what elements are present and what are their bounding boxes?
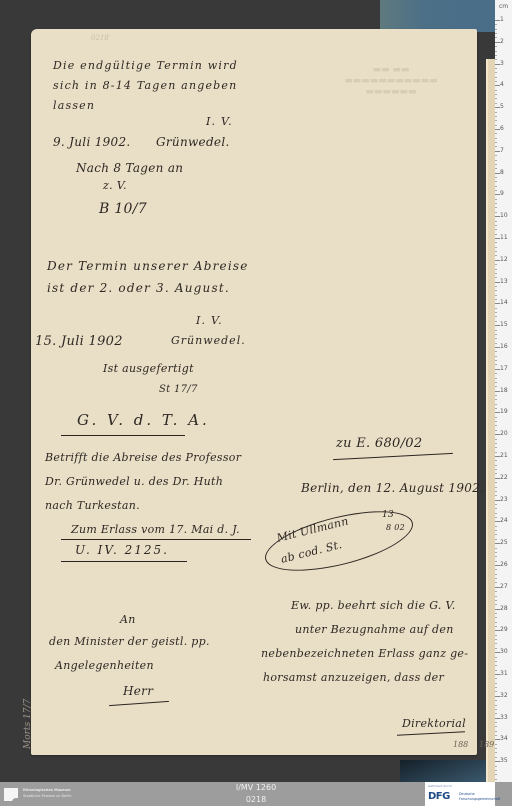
reference-line: Zum Erlass vom 17. Mai d. J. — [71, 523, 240, 536]
ruler-minor-tick — [495, 495, 497, 496]
ruler-minor-tick — [495, 190, 497, 191]
ruler-minor-tick — [495, 766, 497, 767]
dfg-line2: Forschungsgemeinschaft — [459, 797, 500, 801]
cm-ruler: cm 1234567891011121314151617181920212223… — [495, 0, 512, 782]
ruler-minor-tick — [495, 473, 497, 474]
binder-cover-top — [380, 0, 495, 32]
ruler-minor-tick — [495, 417, 497, 418]
ruler-label: 35 — [500, 757, 508, 764]
ruler-minor-tick — [495, 90, 497, 91]
ruler-minor-tick — [495, 439, 497, 440]
ruler-minor-tick — [495, 212, 497, 213]
ruler-label: 19 — [500, 408, 508, 415]
ruler-label: 13 — [500, 278, 508, 285]
ruler-minor-tick — [495, 255, 497, 256]
ruler-minor-tick — [495, 578, 497, 579]
ruler-minor-tick — [495, 46, 497, 47]
ruler-minor-tick — [495, 752, 497, 753]
ruler-minor-tick — [495, 530, 497, 531]
ruler-label: 21 — [500, 452, 508, 459]
block1-line: sich in 8-14 Tagen angeben — [53, 79, 237, 92]
signature-flourish — [109, 701, 169, 707]
body-line: nebenbezeichneten Erlass ganz ge- — [261, 647, 468, 660]
ruler-minor-tick — [495, 386, 497, 387]
ruler-minor-tick — [495, 133, 497, 134]
block1-iv: I. V. — [206, 115, 233, 128]
ruler-label: 23 — [500, 496, 508, 503]
ruler-minor-tick — [495, 112, 497, 113]
ruler-minor-tick — [495, 687, 497, 688]
ruler-minor-tick — [495, 757, 497, 758]
ruler-minor-tick — [495, 709, 497, 710]
ruler-minor-tick — [495, 648, 497, 649]
ruler-minor-tick — [495, 770, 497, 771]
note2-initials: St 17/7 — [159, 384, 198, 395]
ruler-minor-tick — [495, 72, 497, 73]
viewer-footer: Ethnologisches Museum Staatliche Museen … — [0, 782, 512, 806]
ruler-minor-tick — [495, 678, 497, 679]
document-page: ▬▬ ▬▬▬▬▬▬▬▬▬▬▬▬▬▬▬▬▬▬▬ 0218 Die endgülti… — [31, 29, 477, 755]
ruler-label: 26 — [500, 561, 508, 568]
address-to: An — [120, 613, 136, 626]
ruler-label: 25 — [500, 539, 508, 546]
note2-text: Ist ausgefertigt — [103, 362, 194, 375]
ruler-minor-tick — [495, 779, 497, 780]
ruler-unit: cm — [499, 3, 508, 10]
subject-line: nach Turkestan. — [45, 499, 140, 512]
block2-line: ist der 2. oder 3. August. — [47, 281, 230, 295]
ruler-minor-tick — [495, 722, 497, 723]
ruler-minor-tick — [495, 613, 497, 614]
ruler-minor-tick — [495, 221, 497, 222]
binder-cover-bottom — [400, 760, 495, 782]
ruler-minor-tick — [495, 665, 497, 666]
funded-by: Gefördert durch — [428, 784, 452, 788]
ruler-minor-tick — [495, 735, 497, 736]
ruler-minor-tick — [495, 234, 497, 235]
ruler-minor-tick — [495, 334, 497, 335]
ruler-minor-tick — [495, 447, 497, 448]
ruler-minor-tick — [495, 596, 497, 597]
left-heading: G. V. d. T. A. — [77, 411, 210, 429]
reference-number-underline — [61, 561, 187, 562]
ruler-label: 20 — [500, 430, 508, 437]
recipient-line: den Minister der geistl. pp. — [49, 635, 210, 648]
dfg-logo-icon: DFG — [428, 791, 450, 802]
block2-iv: I. V. — [196, 314, 223, 327]
ruler-minor-tick — [495, 600, 497, 601]
body-line: Ew. pp. beehrt sich die G. V. — [291, 599, 456, 612]
ruler-minor-tick — [495, 399, 497, 400]
page-number-left: 188 — [453, 740, 468, 749]
ruler-minor-tick — [495, 408, 497, 409]
ruler-minor-tick — [495, 330, 497, 331]
ruler-minor-tick — [495, 29, 497, 30]
ruler-label: 1 — [500, 16, 504, 23]
ruler-minor-tick — [495, 59, 497, 60]
ruler-minor-tick — [495, 312, 497, 313]
ruler-minor-tick — [495, 277, 497, 278]
ruler-minor-tick — [495, 683, 497, 684]
ruler-minor-tick — [495, 639, 497, 640]
ruler-label: 3 — [500, 60, 504, 67]
ruler-minor-tick — [495, 487, 497, 488]
ruler-minor-tick — [495, 295, 497, 296]
block1-date: 9. Juli 1902. — [53, 135, 131, 149]
ruler-label: 14 — [500, 299, 508, 306]
ruler-minor-tick — [495, 33, 497, 34]
ruler-minor-tick — [495, 582, 497, 583]
body-line: unter Bezugnahme auf den — [295, 623, 454, 636]
ruler-label: 5 — [500, 103, 504, 110]
ruler-label: 24 — [500, 517, 508, 524]
ruler-minor-tick — [495, 203, 497, 204]
note1-initials: B 10/7 — [99, 201, 147, 217]
ruler-minor-tick — [495, 508, 497, 509]
note1-line: Nach 8 Tagen an — [76, 161, 183, 175]
ruler-minor-tick — [495, 482, 497, 483]
ruler-minor-tick — [495, 316, 497, 317]
ruler-minor-tick — [495, 404, 497, 405]
dfg-line1: Deutsche — [459, 792, 475, 796]
ruler-label: 30 — [500, 648, 508, 655]
ruler-minor-tick — [495, 548, 497, 549]
ruler-minor-tick — [495, 247, 497, 248]
ruler-minor-tick — [495, 534, 497, 535]
block1-signature: Grünwedel. — [156, 135, 230, 149]
ruler-minor-tick — [495, 299, 497, 300]
ruler-minor-tick — [495, 700, 497, 701]
ruler-minor-tick — [495, 138, 497, 139]
ruler-label: 32 — [500, 692, 508, 699]
ruler-minor-tick — [495, 731, 497, 732]
ruler-minor-tick — [495, 186, 497, 187]
ruler-minor-tick — [495, 116, 497, 117]
ruler-minor-tick — [495, 395, 497, 396]
body-line: horsamst anzuzeigen, dass der — [263, 671, 444, 684]
ruler-minor-tick — [495, 626, 497, 627]
ruler-minor-tick — [495, 98, 497, 99]
ruler-minor-tick — [495, 207, 497, 208]
ruler-minor-tick — [495, 160, 497, 161]
ruler-minor-tick — [495, 125, 497, 126]
ruler-minor-tick — [495, 748, 497, 749]
ruler-minor-tick — [495, 229, 497, 230]
ruler-minor-tick — [495, 556, 497, 557]
ruler-minor-tick — [495, 146, 497, 147]
ruler-label: 18 — [500, 387, 508, 394]
ruler-minor-tick — [495, 425, 497, 426]
ruler-minor-tick — [495, 225, 497, 226]
ruler-minor-tick — [495, 51, 497, 52]
ruler-label: 11 — [500, 234, 508, 241]
ruler-minor-tick — [495, 321, 497, 322]
ruler-minor-tick — [495, 604, 497, 605]
closing-underline — [397, 731, 465, 736]
ruler-minor-tick — [495, 504, 497, 505]
recipient-line: Angelegenheiten — [55, 659, 154, 672]
ruler-minor-tick — [495, 705, 497, 706]
block2-date: 15. Juli 1902 — [35, 334, 123, 349]
ruler-minor-tick — [495, 94, 497, 95]
ruler-label: 6 — [500, 125, 504, 132]
ruler-label: 27 — [500, 583, 508, 590]
ruler-minor-tick — [495, 37, 497, 38]
ruler-minor-tick — [495, 286, 497, 287]
ruler-minor-tick — [495, 55, 497, 56]
ruler-minor-tick — [495, 155, 497, 156]
ruler-minor-tick — [495, 81, 497, 82]
place-date: Berlin, den 12. August 1902. — [301, 481, 484, 495]
ruler-minor-tick — [495, 68, 497, 69]
block1-line: Die endgültige Termin wird — [53, 59, 238, 72]
ruler-minor-tick — [495, 569, 497, 570]
ruler-label: 2 — [500, 38, 504, 45]
margin-pencil-note: Morts 17/7 — [23, 699, 33, 749]
ruler-minor-tick — [495, 552, 497, 553]
ruler-label: 17 — [500, 365, 508, 372]
ruler-minor-tick — [495, 469, 497, 470]
ruler-minor-tick — [495, 643, 497, 644]
ruler-label: 16 — [500, 343, 508, 350]
show-through-text: ▬▬ ▬▬▬▬▬▬▬▬▬▬▬▬▬▬▬▬▬▬▬ — [321, 65, 461, 98]
ruler-minor-tick — [495, 177, 497, 178]
ruler-minor-tick — [495, 120, 497, 121]
stamp-date-top: 13 — [382, 510, 394, 520]
ruler-minor-tick — [495, 308, 497, 309]
ruler-label: 4 — [500, 81, 504, 88]
ruler-minor-tick — [495, 290, 497, 291]
block2-line: Der Termin unserer Abreise — [47, 259, 249, 273]
ruler-minor-tick — [495, 360, 497, 361]
ruler-minor-tick — [495, 142, 497, 143]
ruler-minor-tick — [495, 635, 497, 636]
ruler-minor-tick — [495, 77, 497, 78]
ruler-minor-tick — [495, 168, 497, 169]
ruler-label: 33 — [500, 714, 508, 721]
ruler-minor-tick — [495, 181, 497, 182]
ruler-minor-tick — [495, 251, 497, 252]
ruler-minor-tick — [495, 338, 497, 339]
ruler-label: 7 — [500, 147, 504, 154]
ruler-minor-tick — [495, 264, 497, 265]
ruler-minor-tick — [495, 561, 497, 562]
ruler-minor-tick — [495, 713, 497, 714]
ruler-minor-tick — [495, 744, 497, 745]
ruler-minor-tick — [495, 657, 497, 658]
note1-line: z. V. — [103, 179, 127, 192]
ruler-label: 10 — [500, 212, 508, 219]
file-number-underline — [333, 453, 453, 461]
ruler-minor-tick — [495, 491, 497, 492]
closing: Direktorial — [402, 717, 466, 730]
ruler-minor-tick — [495, 617, 497, 618]
ruler-minor-tick — [495, 691, 497, 692]
ruler-minor-tick — [495, 591, 497, 592]
ruler-minor-tick — [495, 164, 497, 165]
reference-underline — [61, 539, 251, 540]
block2-signature: Grünwedel. — [171, 334, 246, 347]
heading-underline — [61, 435, 185, 436]
block1-line: lassen — [53, 99, 95, 112]
ruler-minor-tick — [495, 661, 497, 662]
file-number: zu E. 680/02 — [336, 436, 422, 451]
ruler-minor-tick — [495, 421, 497, 422]
ruler-label: 9 — [500, 190, 504, 197]
ruler-minor-tick — [495, 539, 497, 540]
ruler-minor-tick — [495, 670, 497, 671]
ruler-label: 34 — [500, 735, 508, 742]
ruler-minor-tick — [495, 242, 497, 243]
ruler-minor-tick — [495, 622, 497, 623]
ruler-minor-tick — [495, 356, 497, 357]
pencil-folio: 0218 — [91, 34, 109, 42]
left-signature: Herr — [123, 684, 153, 698]
ruler-minor-tick — [495, 460, 497, 461]
ruler-minor-tick — [495, 517, 497, 518]
ruler-minor-tick — [495, 452, 497, 453]
ruler-label: 8 — [500, 169, 504, 176]
dfg-badge: Gefördert durch DFG Deutsche Forschungsg… — [425, 782, 495, 806]
ruler-minor-tick — [495, 351, 497, 352]
ruler-label: 12 — [500, 256, 508, 263]
subject-line: Betrifft die Abreise des Professor — [45, 451, 241, 464]
ruler-minor-tick — [495, 378, 497, 379]
ruler-minor-tick — [495, 199, 497, 200]
ruler-minor-tick — [495, 103, 497, 104]
ruler-minor-tick — [495, 269, 497, 270]
ruler-label: 28 — [500, 605, 508, 612]
ruler-minor-tick — [495, 774, 497, 775]
ruler-minor-tick — [495, 726, 497, 727]
stamp-date-bottom: 8 02 — [386, 523, 405, 532]
ruler-minor-tick — [495, 465, 497, 466]
ruler-minor-tick — [495, 574, 497, 575]
ruler-minor-tick — [495, 343, 497, 344]
ruler-minor-tick — [495, 24, 497, 25]
ruler-minor-tick — [495, 273, 497, 274]
ruler-minor-tick — [495, 513, 497, 514]
ruler-label: 29 — [500, 626, 508, 633]
ruler-minor-tick — [495, 364, 497, 365]
ruler-minor-tick — [495, 373, 497, 374]
ruler-label: 22 — [500, 474, 508, 481]
ruler-minor-tick — [495, 382, 497, 383]
ruler-minor-tick — [495, 443, 497, 444]
page-number-right: 189 — [479, 740, 494, 749]
ruler-label: 31 — [500, 670, 508, 677]
subject-line: Dr. Grünwedel u. des Dr. Huth — [45, 475, 223, 488]
reference-number: U. IV. 2125. — [75, 543, 169, 557]
ruler-minor-tick — [495, 430, 497, 431]
ruler-label: 15 — [500, 321, 508, 328]
ruler-minor-tick — [495, 526, 497, 527]
